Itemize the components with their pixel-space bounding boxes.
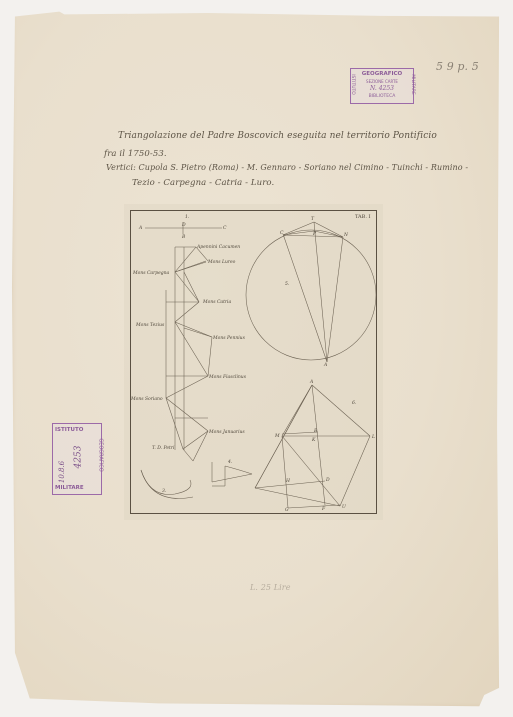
svg-text:4.: 4. [227,459,233,465]
svg-text:Mons Catria: Mons Catria [202,299,231,305]
svg-text:T: T [311,216,315,222]
triangulation-figures: TAB. I ACDB1. Apennini Cacumen Mons Lure… [0,0,513,717]
svg-text:A: A [323,362,328,368]
svg-text:N: N [343,232,349,238]
svg-text:A: A [138,225,143,231]
svg-text:1.: 1. [185,214,190,220]
svg-text:Mons Pennius: Mons Pennius [212,335,246,341]
svg-text:G: G [285,507,289,513]
svg-text:C: C [223,225,227,231]
svg-text:A: A [309,379,314,385]
svg-text:B: B [313,428,318,434]
svg-text:D: D [181,222,186,228]
svg-text:3.: 3. [162,488,167,494]
svg-text:Mons Carpegna: Mons Carpegna [132,270,170,276]
svg-text:T. D. Petri: T. D. Petri [152,445,175,451]
svg-text:U: U [342,504,346,510]
svg-text:C: C [280,230,284,236]
price-note: L. 25 Lire [250,583,291,592]
svg-text:Mons Soriano: Mons Soriano [130,396,163,402]
svg-text:5.: 5. [285,281,290,287]
svg-text:6.: 6. [352,400,357,406]
svg-text:Mons Tezius: Mons Tezius [135,322,165,328]
svg-text:Mons Januarius: Mons Januarius [208,429,245,435]
svg-text:H: H [285,478,290,484]
svg-text:Apennini Cacumen: Apennini Cacumen [196,244,240,250]
svg-text:D: D [325,477,330,483]
svg-text:L: L [371,434,375,440]
svg-text:F: F [321,506,326,512]
tab-label: TAB. I [355,214,371,220]
svg-text:Mons Lureo: Mons Lureo [207,259,236,265]
svg-text:Mons Fiasclinus: Mons Fiasclinus [208,374,247,380]
svg-text:K: K [311,437,316,443]
svg-text:B: B [181,234,186,240]
svg-text:M: M [274,433,280,439]
